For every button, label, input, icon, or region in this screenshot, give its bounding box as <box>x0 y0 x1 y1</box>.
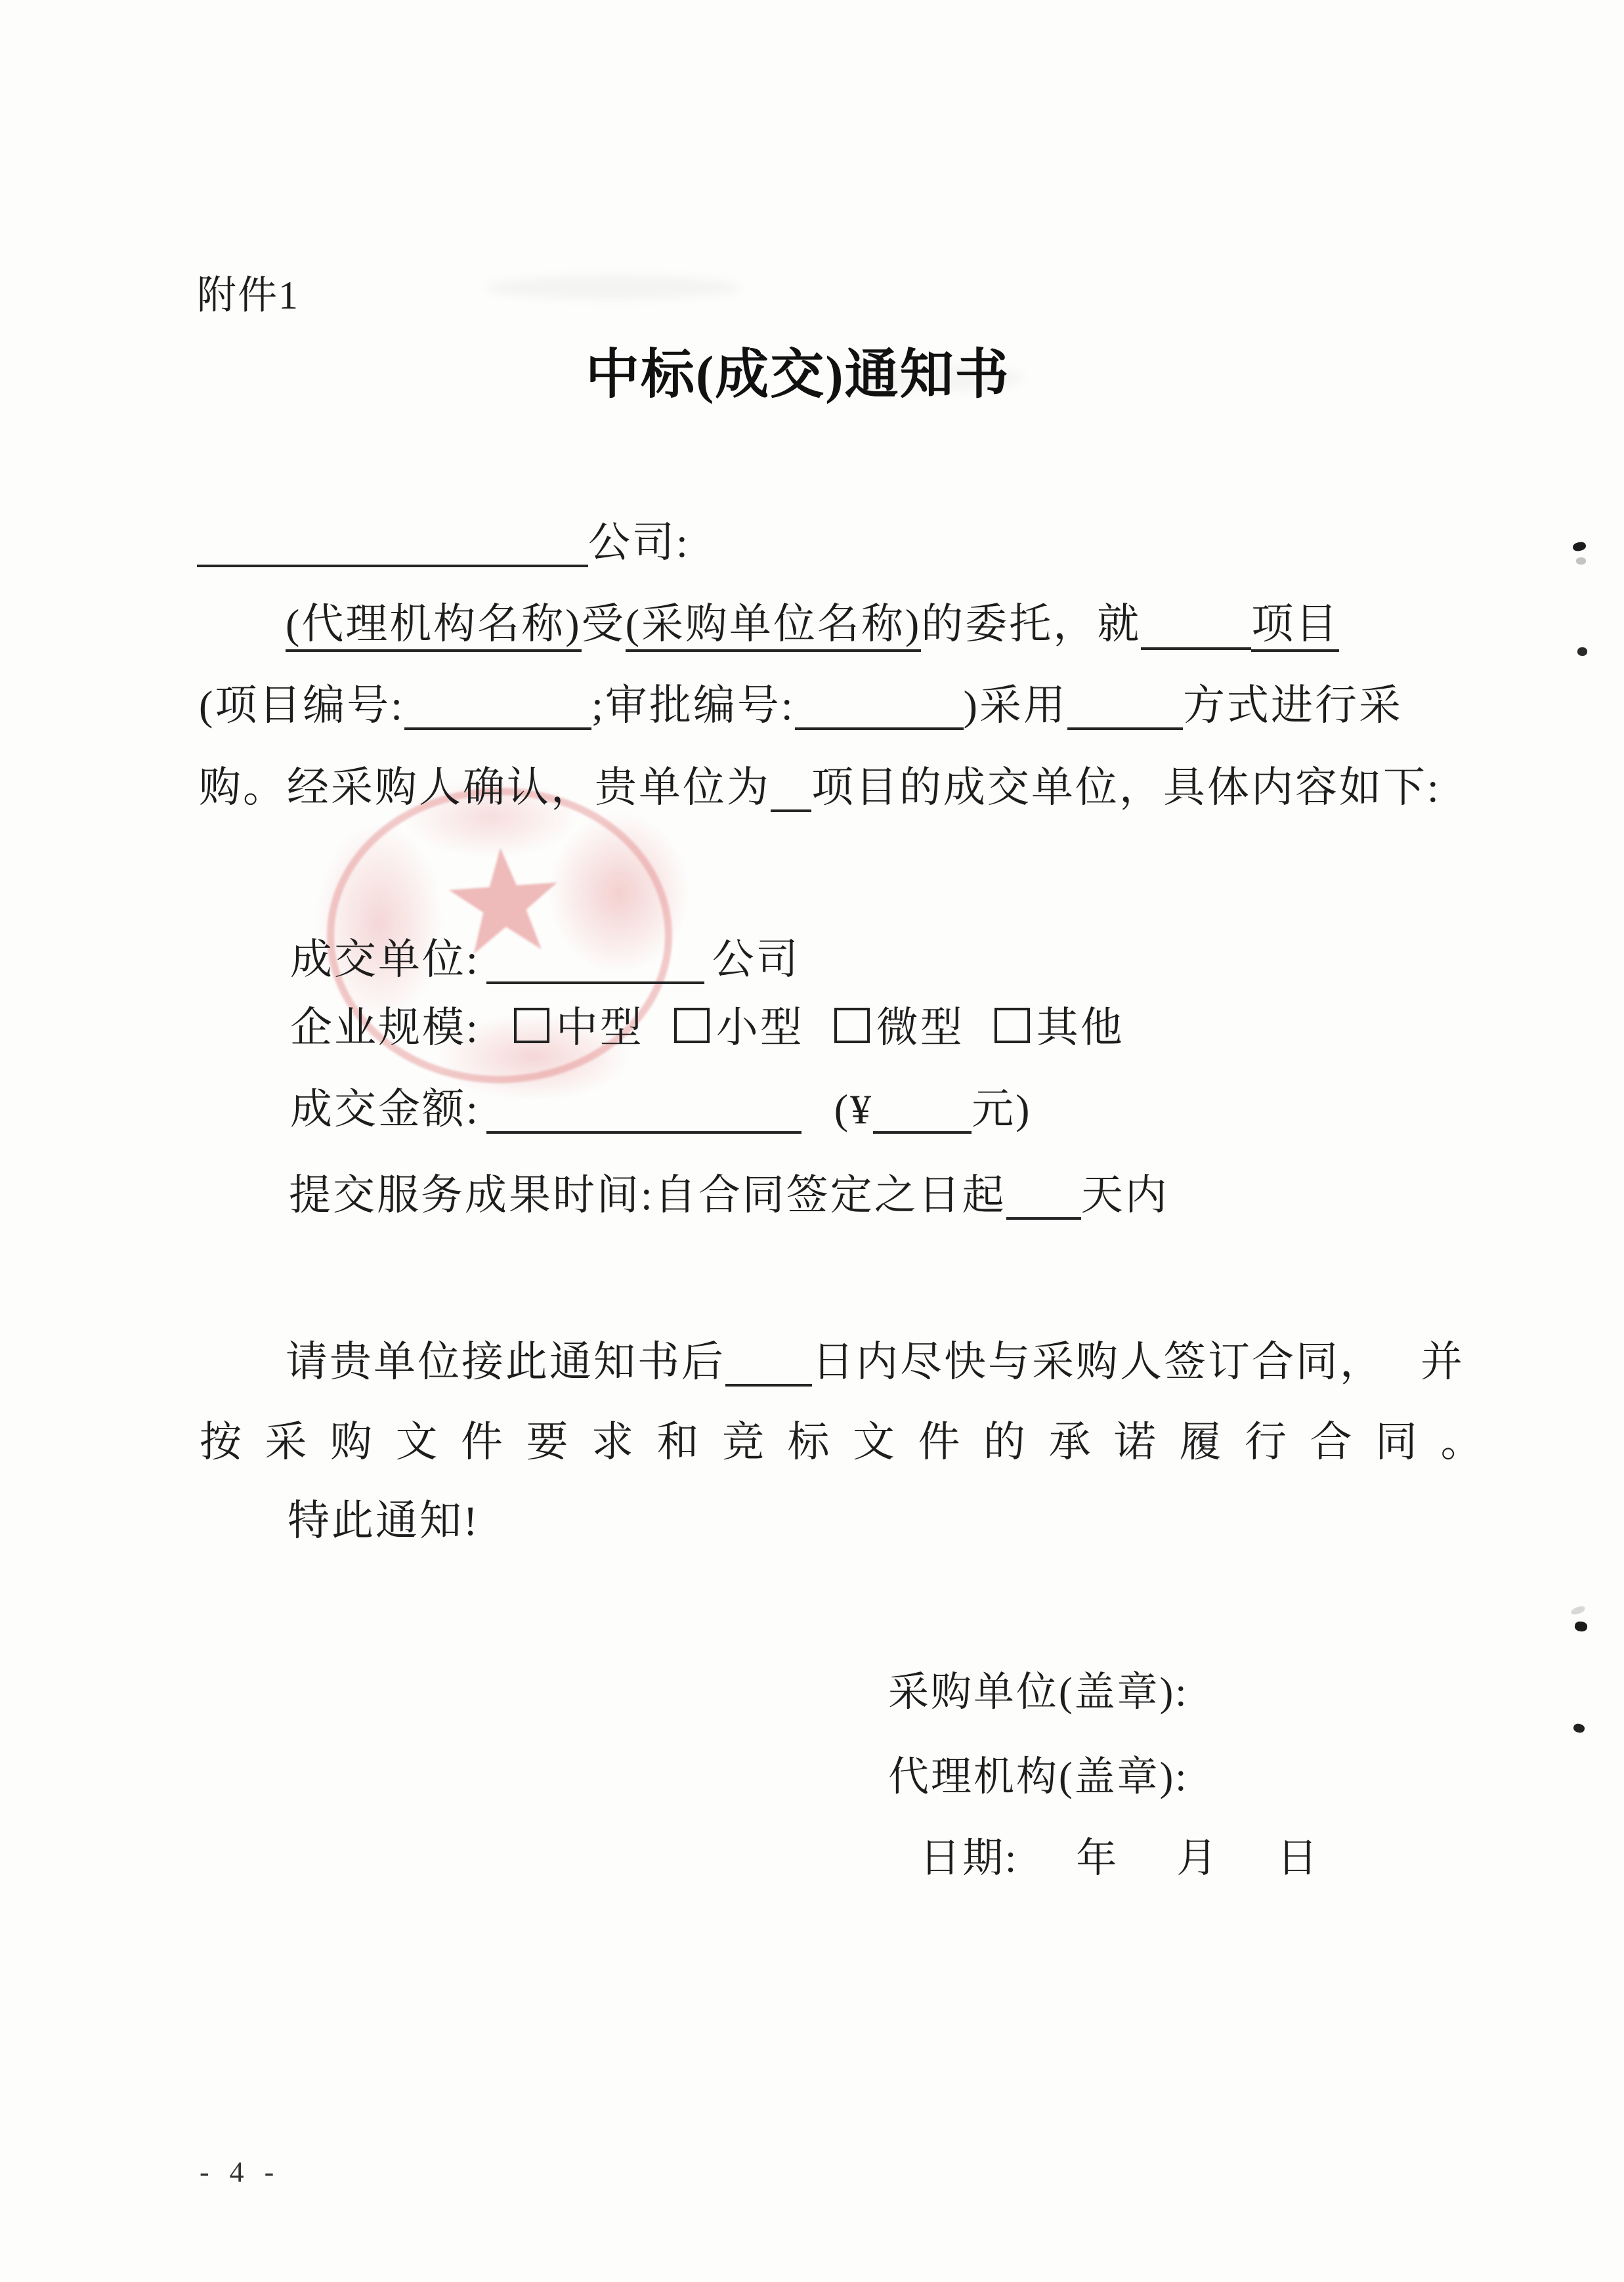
scale-option-other: 其他 <box>994 1004 1124 1051</box>
salutation-suffix: 公司: <box>588 519 690 566</box>
amount-digits-blank <box>873 1088 972 1133</box>
scan-speck <box>1572 541 1587 552</box>
amount-paren-open: (¥ <box>834 1086 873 1132</box>
deal-unit-label: 成交单位: <box>290 936 480 983</box>
checkbox-medium <box>514 1008 549 1043</box>
scale-option-micro: 微型 <box>834 1004 964 1051</box>
scale-option-label: 中型 <box>556 1004 644 1051</box>
notice-prefix: 请贵单位接此通知书后 <box>286 1339 725 1385</box>
approval-no-blank <box>795 684 964 729</box>
para2-line1: 请贵单位接此通知书后日内尽快与采购人签订合同，并 <box>286 1338 1464 1387</box>
checkbox-other <box>994 1008 1030 1043</box>
scale-option-label: 小型 <box>716 1004 804 1051</box>
delivery-days-blank <box>1006 1174 1081 1219</box>
scan-speck <box>1574 1621 1588 1632</box>
company-name-blank <box>197 521 588 567</box>
scale-option-small: 小型 <box>674 1004 804 1051</box>
delivery-label: 提交服务成果时间:自合同签定之日起 <box>289 1172 1006 1218</box>
scan-speck <box>1577 647 1587 656</box>
scale-option-medium: 中型 <box>514 1004 644 1051</box>
date-year: 年 <box>1076 1836 1119 1881</box>
entrust-text: 的委托，就 <box>921 601 1141 647</box>
deal-unit-line: 成交单位:公司 <box>290 936 800 984</box>
project-name-blank <box>1141 604 1251 649</box>
project-short-blank <box>771 766 811 811</box>
perform-contract-text: 按采购文件要求和竞标文件的承诺履行合同。 <box>200 1419 1506 1465</box>
scan-speck <box>1576 557 1586 565</box>
purchaser-name-underlined: (采购单位名称) <box>626 601 922 652</box>
notice-mid: 日内尽快与采购人签订合同， <box>812 1339 1384 1385</box>
project-word-underlined: 项目 <box>1251 601 1339 652</box>
amount-label: 成交金额: <box>290 1086 480 1132</box>
stamp-ink-blotch <box>317 824 442 1021</box>
para1-line2: (项目编号:;审批编号:)采用方式进行采 <box>199 681 1403 730</box>
salutation-line: 公司: <box>197 519 690 567</box>
sign-days-blank <box>725 1341 812 1386</box>
delivery-line: 提交服务成果时间:自合同签定之日起天内 <box>289 1171 1169 1220</box>
date-month: 月 <box>1176 1836 1219 1881</box>
delivery-suffix: 天内 <box>1081 1172 1169 1218</box>
confirm-suffix-text: 项目的成交单位，具体内容如下: <box>811 764 1441 811</box>
page-number: - 4 - <box>200 2156 280 2189</box>
document-page: 附件1 中标(成交)通知书 公司: (代理机构名称)受(采购单位名称)的委托，就… <box>0 0 1624 2282</box>
agency-seal-label: 代理机构(盖章): <box>888 1755 1189 1799</box>
scan-speck <box>1573 1723 1586 1734</box>
hereby-notice-text: 特此通知! <box>288 1497 479 1544</box>
scan-smudge <box>486 276 742 299</box>
enterprise-scale-line: 企业规模:中型小型微型其他 <box>290 1004 1155 1052</box>
approval-no-label: ;审批编号: <box>591 682 795 729</box>
para1-line1: (代理机构名称)受(采购单位名称)的委托，就项目 <box>286 600 1339 650</box>
scan-speck <box>1570 1605 1586 1616</box>
deal-unit-suffix: 公司 <box>712 936 800 983</box>
date-label: 日期: <box>920 1836 1018 1881</box>
scale-label: 企业规模: <box>290 1004 480 1051</box>
received-word: 受 <box>582 601 626 647</box>
para2-line2: 按采购文件要求和竞标文件的承诺履行合同。 <box>200 1418 1506 1467</box>
project-no-blank <box>404 684 591 729</box>
para1-line3: 购。经采购人确认，贵单位为项目的成交单位，具体内容如下: <box>199 764 1441 812</box>
attachment-label: 附件1 <box>197 273 299 318</box>
purchaser-seal-label: 采购单位(盖章): <box>888 1670 1189 1715</box>
confirm-text: 购。经采购人确认，贵单位为 <box>199 764 771 811</box>
project-no-label: (项目编号: <box>199 682 404 729</box>
checkbox-micro <box>834 1008 870 1043</box>
amount-paren-close: 元) <box>972 1086 1031 1132</box>
checkbox-small <box>674 1008 710 1043</box>
agency-name-underlined: (代理机构名称) <box>286 601 582 652</box>
deal-unit-blank <box>486 938 704 983</box>
method-suffix-text: 方式进行采 <box>1183 682 1403 729</box>
scale-option-label: 其他 <box>1036 1004 1124 1051</box>
method-blank <box>1067 684 1183 729</box>
scale-option-label: 微型 <box>876 1004 964 1051</box>
para2-line3: 特此通知! <box>288 1497 479 1545</box>
amount-line: 成交金额:(¥元) <box>290 1085 1031 1134</box>
date-line: 日期:年月日 <box>920 1836 1319 1882</box>
date-day: 日 <box>1277 1836 1319 1881</box>
amount-blank <box>486 1088 801 1133</box>
adopt-text: )采用 <box>964 682 1067 729</box>
purchaser-seal-line: 采购单位(盖章): <box>888 1669 1189 1716</box>
notice-end: 并 <box>1421 1339 1464 1385</box>
agency-seal-line: 代理机构(盖章): <box>888 1754 1189 1801</box>
page-title: 中标(成交)通知书 <box>586 332 1010 408</box>
